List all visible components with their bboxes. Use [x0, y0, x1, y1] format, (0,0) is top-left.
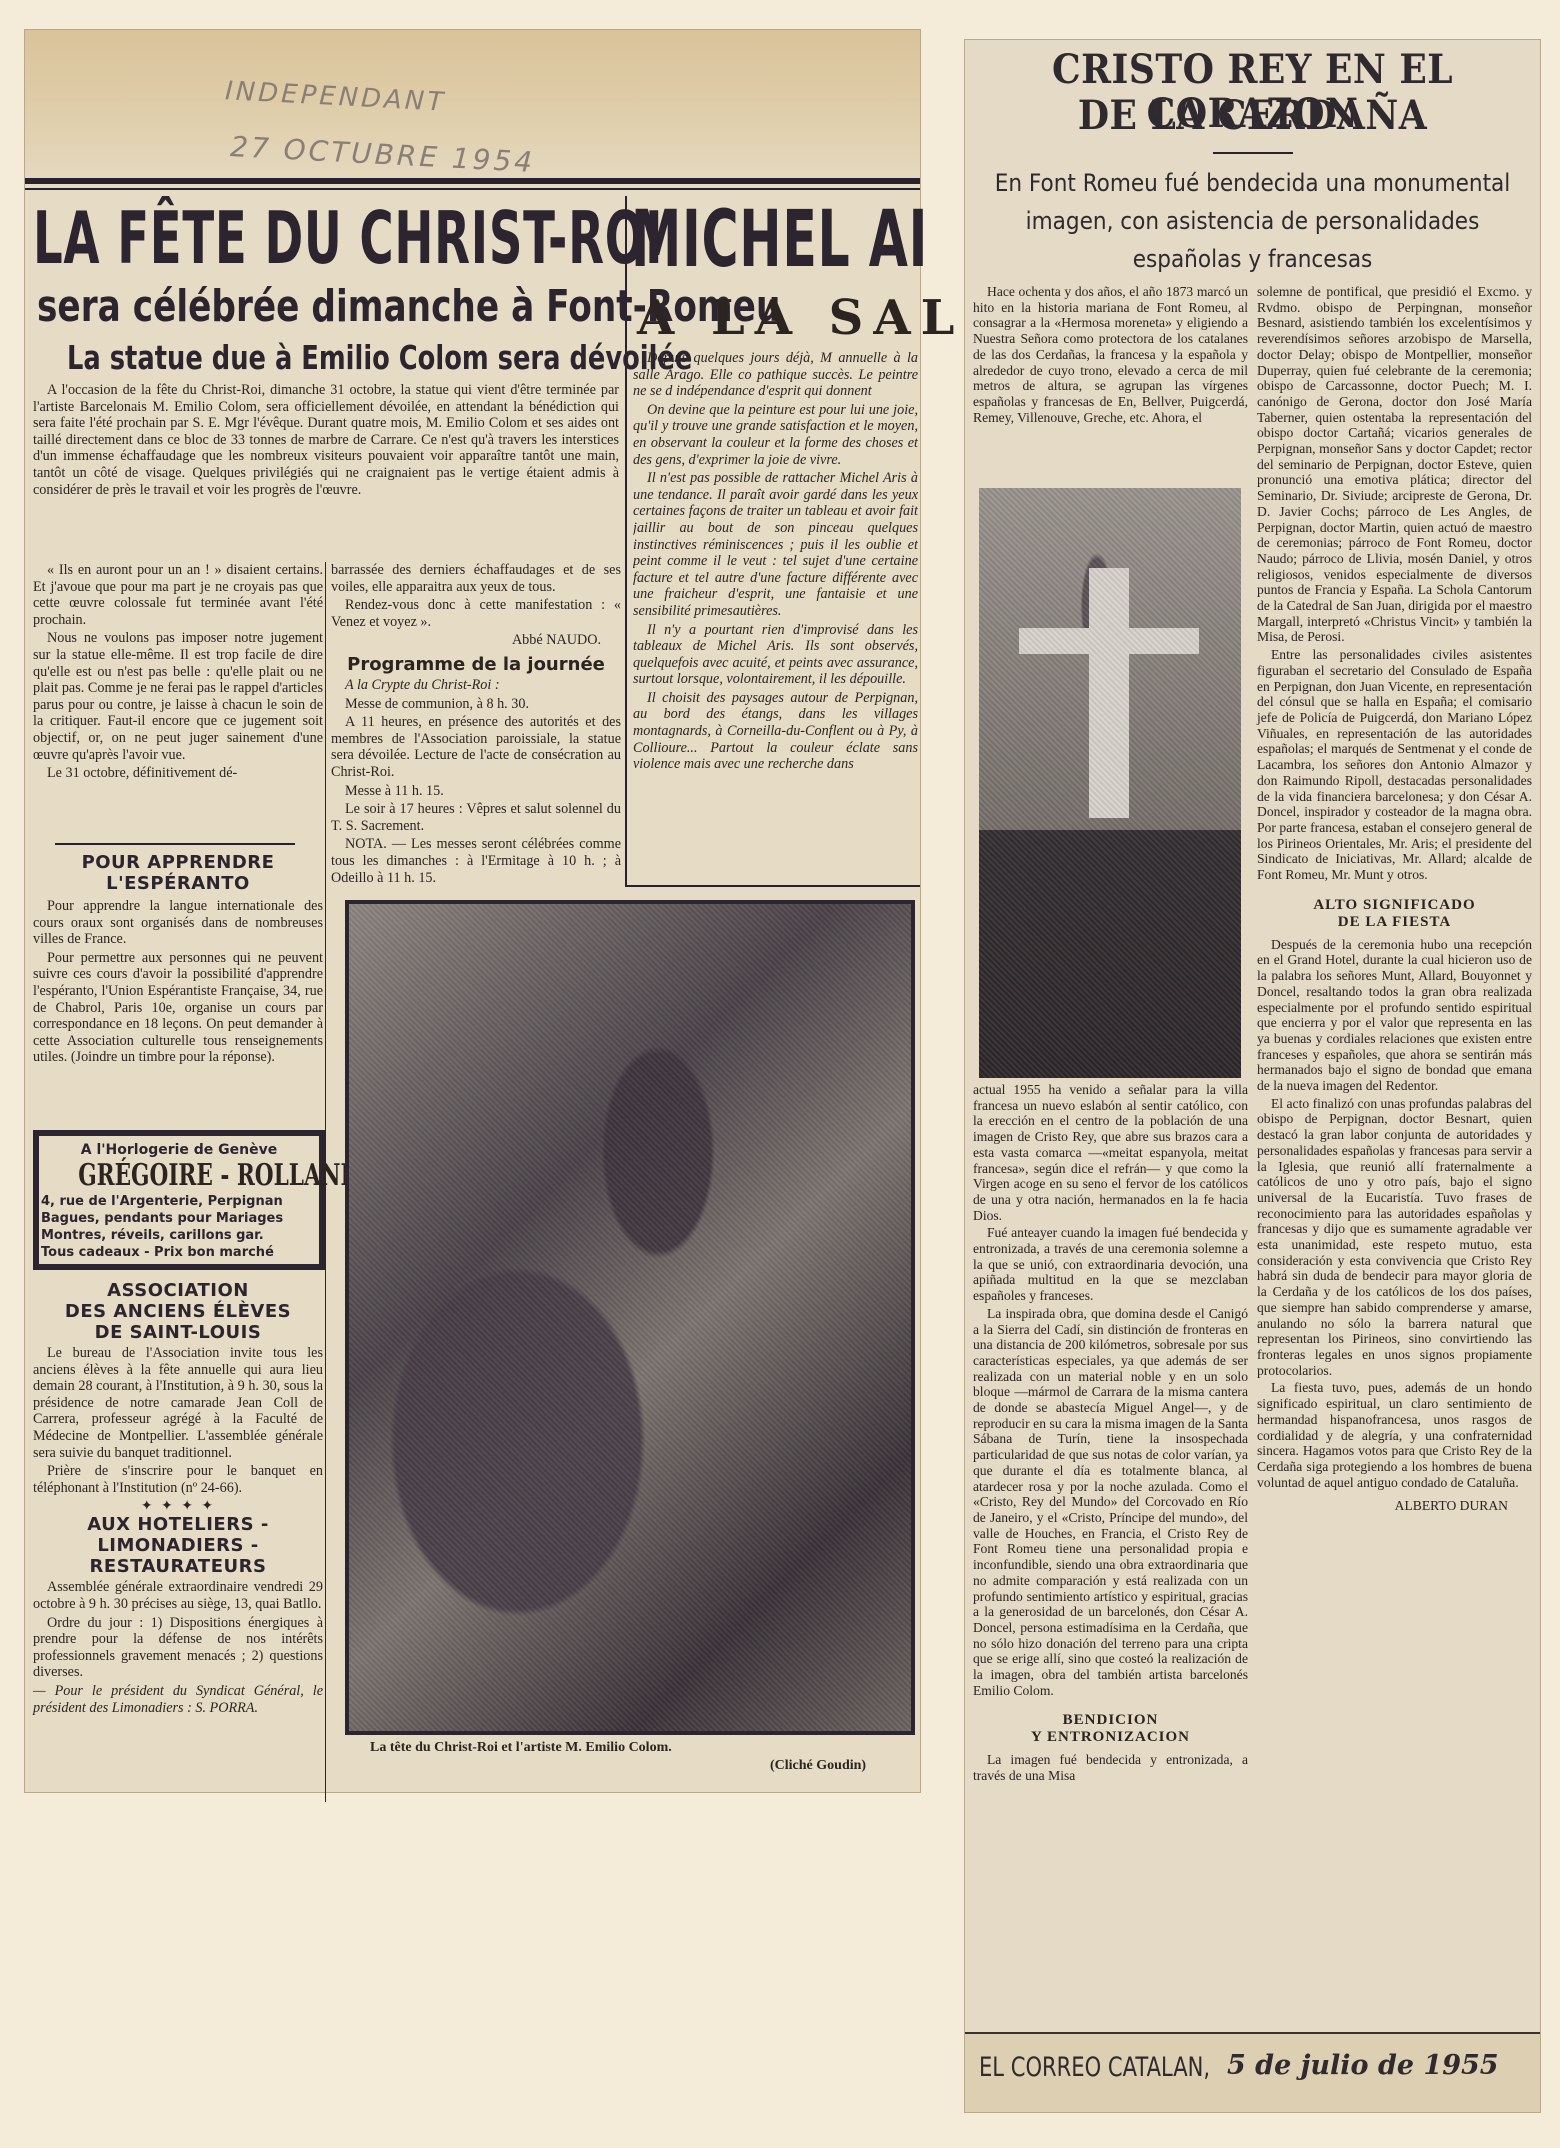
section-rule — [625, 885, 920, 887]
spanish-newspaper-clipping: CRISTO REY EN EL CORAZON DE LA CERDAÑA E… — [965, 40, 1540, 2112]
section-heading-bendicion: BENDICION Y ENTRONIZACION — [973, 1712, 1248, 1746]
source-date: 5 de julio de 1955 — [1227, 2050, 1499, 2081]
signoff: — Pour le président du Syndicat Général,… — [33, 1683, 323, 1716]
paragraph: Ordre du jour : 1) Dispositions énergiqu… — [33, 1615, 323, 1681]
paragraph: Después de la ceremonia hubo una recepci… — [1257, 937, 1532, 1094]
programme-item: Messe à 11 h. 15. — [331, 783, 621, 800]
signature: Abbé NAUDO. — [331, 632, 621, 649]
deck: La statue due à Emilio Colom sera dévoil… — [67, 338, 692, 378]
programme-location: A la Crypte du Christ-Roi : — [331, 677, 621, 694]
statue-body — [1089, 568, 1129, 818]
advert-line: Tous cadeaux - Prix bon marché — [39, 1244, 319, 1261]
paragraph: Prière de s'inscrire pour le banquet en … — [33, 1463, 323, 1496]
paragraph: El acto finalizó con unas profundas pala… — [1257, 1096, 1532, 1379]
advert-brand: GRÉGOIRE - ROLLAND — [78, 1159, 280, 1193]
advert-line: 4, rue de l'Argenterie, Perpignan — [39, 1193, 319, 1210]
section-heading-alto-significado: ALTO SIGNIFICADO DE LA FIESTA — [1257, 897, 1532, 931]
saint-louis-title: DE SAINT-LOUIS — [33, 1322, 323, 1343]
photo-credit: (Cliché Goudin) — [770, 1758, 866, 1774]
programme-item: Le soir à 17 heures : Vêpres et salut so… — [331, 801, 621, 834]
saint-louis-section: ASSOCIATION DES ANCIENS ÉLÈVES DE SAINT-… — [33, 1280, 323, 1718]
french-newspaper-clipping: INDEPENDANT 27 OCTUBRE 1954 LA FÊTE DU C… — [25, 30, 920, 1792]
paragraph: Hace ochenta y dos años, el año 1873 mar… — [973, 284, 1248, 425]
article-subtitle: españolas y francesas — [965, 240, 1540, 278]
programme-item: A 11 heures, en présence des autorités e… — [331, 714, 621, 780]
source-newspaper: EL CORREO CATALAN, — [979, 2052, 1210, 2083]
headline-michel-aris: MICHEL AI — [631, 198, 928, 282]
advert-line: Montres, réveils, carillons gar. — [39, 1227, 319, 1244]
paragraph: Pour permettre aux personnes qui ne peuv… — [33, 950, 323, 1066]
source-footer: EL CORREO CATALAN, 5 de julio de 1955 — [965, 2032, 1540, 2112]
hoteliers-title: LIMONADIERS - — [33, 1535, 323, 1556]
advert-line: Bagues, pendants pour Mariages — [39, 1210, 319, 1227]
paragraph: Le 31 octobre, définitivement dé- — [33, 765, 323, 782]
hoteliers-title: RESTAURATEURS — [33, 1556, 323, 1577]
section-rule — [55, 843, 295, 845]
programme-item: NOTA. — Les messes seront célébrées comm… — [331, 836, 621, 886]
column-1: « Ils en auront pour un an ! » disaient … — [33, 562, 323, 784]
saint-louis-title: ASSOCIATION — [33, 1280, 323, 1301]
paragraph: Le bureau de l'Association invite tous l… — [33, 1345, 323, 1461]
paragraph: La imagen fué bendecida y entronizada, a… — [973, 1752, 1248, 1783]
section-heading-line: ALTO SIGNIFICADO — [1257, 897, 1532, 914]
paragraph: La fiesta tuvo, pues, además de un hondo… — [1257, 1380, 1532, 1490]
es-column-1-intro: Hace ochenta y dos años, el año 1873 mar… — [973, 284, 1248, 427]
paragraph: actual 1955 ha venido a señalar para la … — [973, 1082, 1248, 1223]
paragraph: Pour apprendre la langue internationale … — [33, 898, 323, 948]
photo-cristo-rey-statue — [979, 488, 1241, 1078]
programme-item: Messe de communion, à 8 h. 30. — [331, 696, 621, 713]
advert-line: A l'Horlogerie de Genève — [39, 1142, 319, 1159]
paragraph: solemne de pontifical, que presidió el E… — [1257, 284, 1532, 645]
hoteliers-title: AUX HOTELIERS - — [33, 1514, 323, 1535]
esperanto-title: POUR APPRENDRE — [33, 852, 323, 873]
subheadline-salle: A LA SAL — [637, 292, 964, 344]
column-2: barrassée des derniers échaffaudages et … — [331, 562, 621, 888]
paragraph: Nous ne voulons pas imposer notre jugeme… — [33, 630, 323, 763]
title-rule — [1213, 152, 1293, 154]
paragraph: Il n'est pas possible de rattacher Miche… — [633, 470, 918, 619]
programme-title: Programme de la journée — [331, 653, 621, 677]
saint-louis-title: DES ANCIENS ÉLÈVES — [33, 1301, 323, 1322]
lead-text: A l'occasion de la fête du Christ-Roi, d… — [33, 382, 619, 498]
article-title: DE LA CERDAÑA — [965, 94, 1540, 138]
article-subtitle: En Font Romeu fué bendecida una monument… — [965, 164, 1540, 202]
paragraph: Il choisit des paysages autour de Perpig… — [633, 690, 918, 773]
article-subtitle: imagen, con asistencia de personalidades — [965, 202, 1540, 240]
esperanto-title: L'ESPÉRANTO — [33, 873, 323, 894]
section-heading-line: Y ENTRONIZACION — [973, 1729, 1248, 1746]
es-column-1: actual 1955 ha venido a señalar para la … — [973, 1082, 1248, 1786]
paragraph: Rendez-vous donc à cette manifestation :… — [331, 597, 621, 630]
paragraph: Depuis quelques jours déjà, M annuelle à… — [633, 350, 918, 400]
paragraph: barrassée des derniers échaffaudages et … — [331, 562, 621, 595]
advert-gregoire-rolland: A l'Horlogerie de Genève GRÉGOIRE - ROLL… — [33, 1130, 325, 1270]
byline: ALBERTO DURAN — [1257, 1498, 1532, 1514]
statue-arms — [1019, 628, 1199, 654]
double-rule-bottom — [25, 188, 920, 190]
paragraph: La inspirada obra, que domina desde el C… — [973, 1306, 1248, 1699]
michel-aris-column: Depuis quelques jours déjà, M annuelle à… — [633, 350, 918, 775]
paragraph: Fué anteayer cuando la imagen fué bendec… — [973, 1225, 1248, 1304]
double-rule-top — [25, 178, 920, 184]
headline-christ-roi: LA FÊTE DU CHRIST-ROI — [33, 198, 663, 278]
ornament-separator: ✦ ✦ ✦ ✦ — [33, 1498, 323, 1514]
section-heading-line: DE LA FIESTA — [1257, 914, 1532, 931]
photo-christ-roi-head-and-artist — [345, 900, 915, 1735]
photo-caption: La tête du Christ-Roi et l'artiste M. Em… — [370, 1740, 672, 1756]
esperanto-section: POUR APPRENDRE L'ESPÉRANTO Pour apprendr… — [33, 852, 323, 1068]
paragraph: Assemblée générale extraordinaire vendre… — [33, 1579, 323, 1612]
section-heading-line: BENDICION — [973, 1712, 1248, 1729]
paragraph: Il n'y a pourtant rien d'improvisé dans … — [633, 622, 918, 688]
paragraph: Entre las personalidades civiles asisten… — [1257, 647, 1532, 883]
paragraph: « Ils en auront pour un an ! » disaient … — [33, 562, 323, 628]
lead-paragraph: A l'occasion de la fête du Christ-Roi, d… — [33, 382, 619, 500]
es-column-2: solemne de pontifical, que presidió el E… — [1257, 284, 1532, 1514]
paragraph: On devine que la peinture est pour lui u… — [633, 402, 918, 468]
